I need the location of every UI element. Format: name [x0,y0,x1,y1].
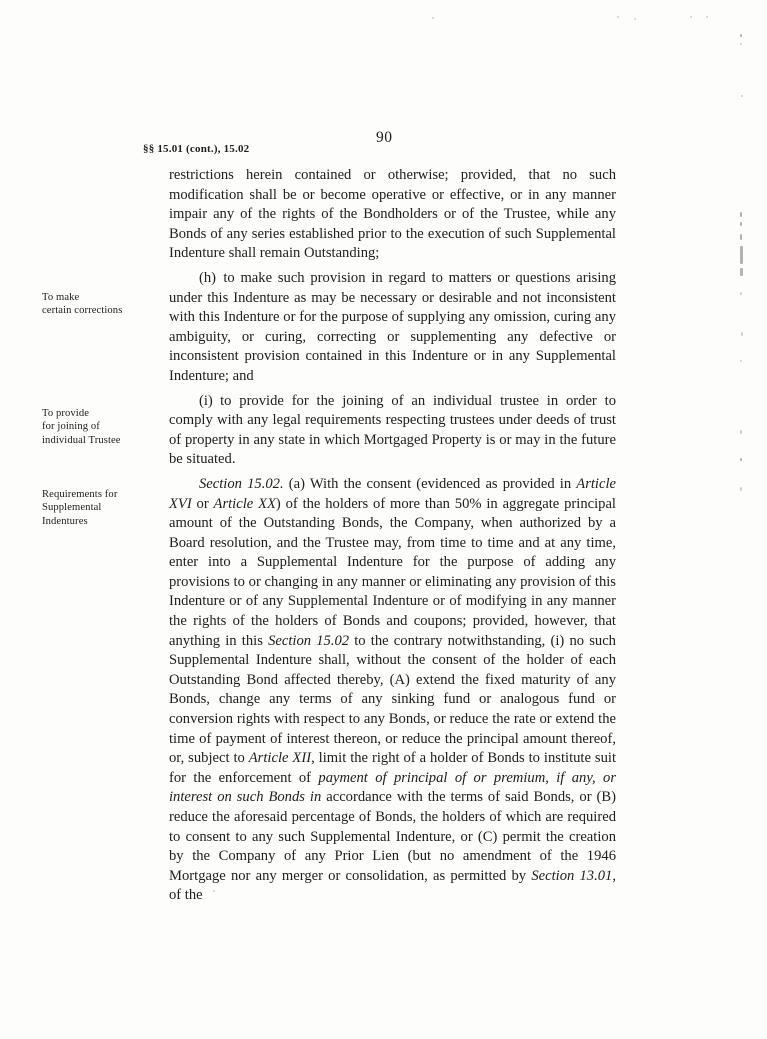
paragraph-restrictions: restrictions herein contained or otherwi… [169,166,616,264]
scan-speckle [617,16,619,18]
scan-speckle [740,212,742,217]
scan-speckle [690,16,692,18]
scan-speckle [740,360,742,362]
scan-speckle [741,332,743,336]
paragraph-i: (i) to provide for the joining of an ind… [169,392,616,470]
scan-speckle [740,222,742,226]
scan-speckle [740,34,742,37]
page-number: 90 [376,129,393,147]
scan-speckle [740,292,742,295]
scan-speckle [432,17,434,19]
scan-speckle [740,487,742,491]
paragraph-section-15-02: Section 15.02. (a) With the consent (evi… [169,475,616,906]
scan-speckle [740,43,742,45]
margin-note-certain-corrections: To make certain corrections [42,291,168,318]
scan-speckle [706,16,708,18]
margin-note-individual-trustee: To provide for joining of individual Tru… [42,407,168,447]
margin-note-supplemental-indentures: Requirements for Supplemental Indentures [42,488,168,528]
scan-speckle [740,234,742,240]
scan-speckle [740,430,742,434]
section-reference: §§ 15.01 (cont.), 15.02 [143,143,249,155]
scan-speckle [213,890,215,892]
document-body: restrictions herein contained or otherwi… [169,166,616,911]
document-page: 90 §§ 15.01 (cont.), 15.02 To make certa… [0,0,767,1039]
scan-speckle [740,458,742,461]
scan-speckle [740,246,743,264]
scan-speckle [634,18,636,20]
scan-speckle [741,95,743,97]
paragraph-h: (h) to make such provision in regard to … [169,269,616,387]
scan-speckle [740,268,743,276]
